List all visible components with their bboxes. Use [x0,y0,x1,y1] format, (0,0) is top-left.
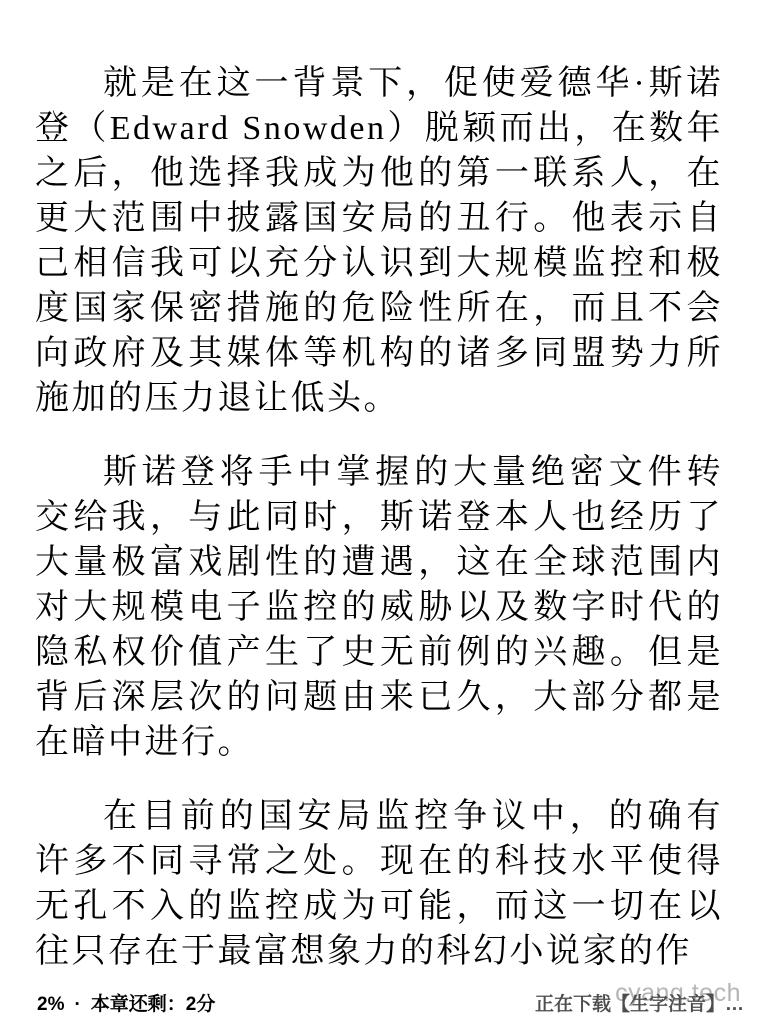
download-status: 正在下载【生字注音】… [535,989,744,1016]
separator-dot: · [74,994,80,1016]
reading-progress: 2%·本章还剩：2分 [37,989,215,1016]
book-text-area: 就是在这一背景下，促使爱德华·斯诺登（Edward Snowden）脱颖而出，在… [35,61,723,1003]
reader-status-bar: 2%·本章还剩：2分 正在下载【生字注音】… [37,989,744,1016]
book-paragraph-1: 就是在这一背景下，促使爱德华·斯诺登（Edward Snowden）脱颖而出，在… [35,61,723,421]
progress-percent: 2% [37,994,64,1015]
book-paragraph-3: 在目前的国安局监控争议中，的确有许多不同寻常之处。现在的科技水平使得无孔不入的监… [35,794,723,974]
chapter-time-remaining: 本章还剩：2分 [91,994,216,1015]
reader-page[interactable]: 就是在这一背景下，促使爱德华·斯诺登（Edward Snowden）脱颖而出，在… [0,0,758,1024]
book-paragraph-2: 斯诺登将手中掌握的大量绝密文件转交给我，与此同时，斯诺登本人也经历了大量极富戏剧… [35,450,723,765]
